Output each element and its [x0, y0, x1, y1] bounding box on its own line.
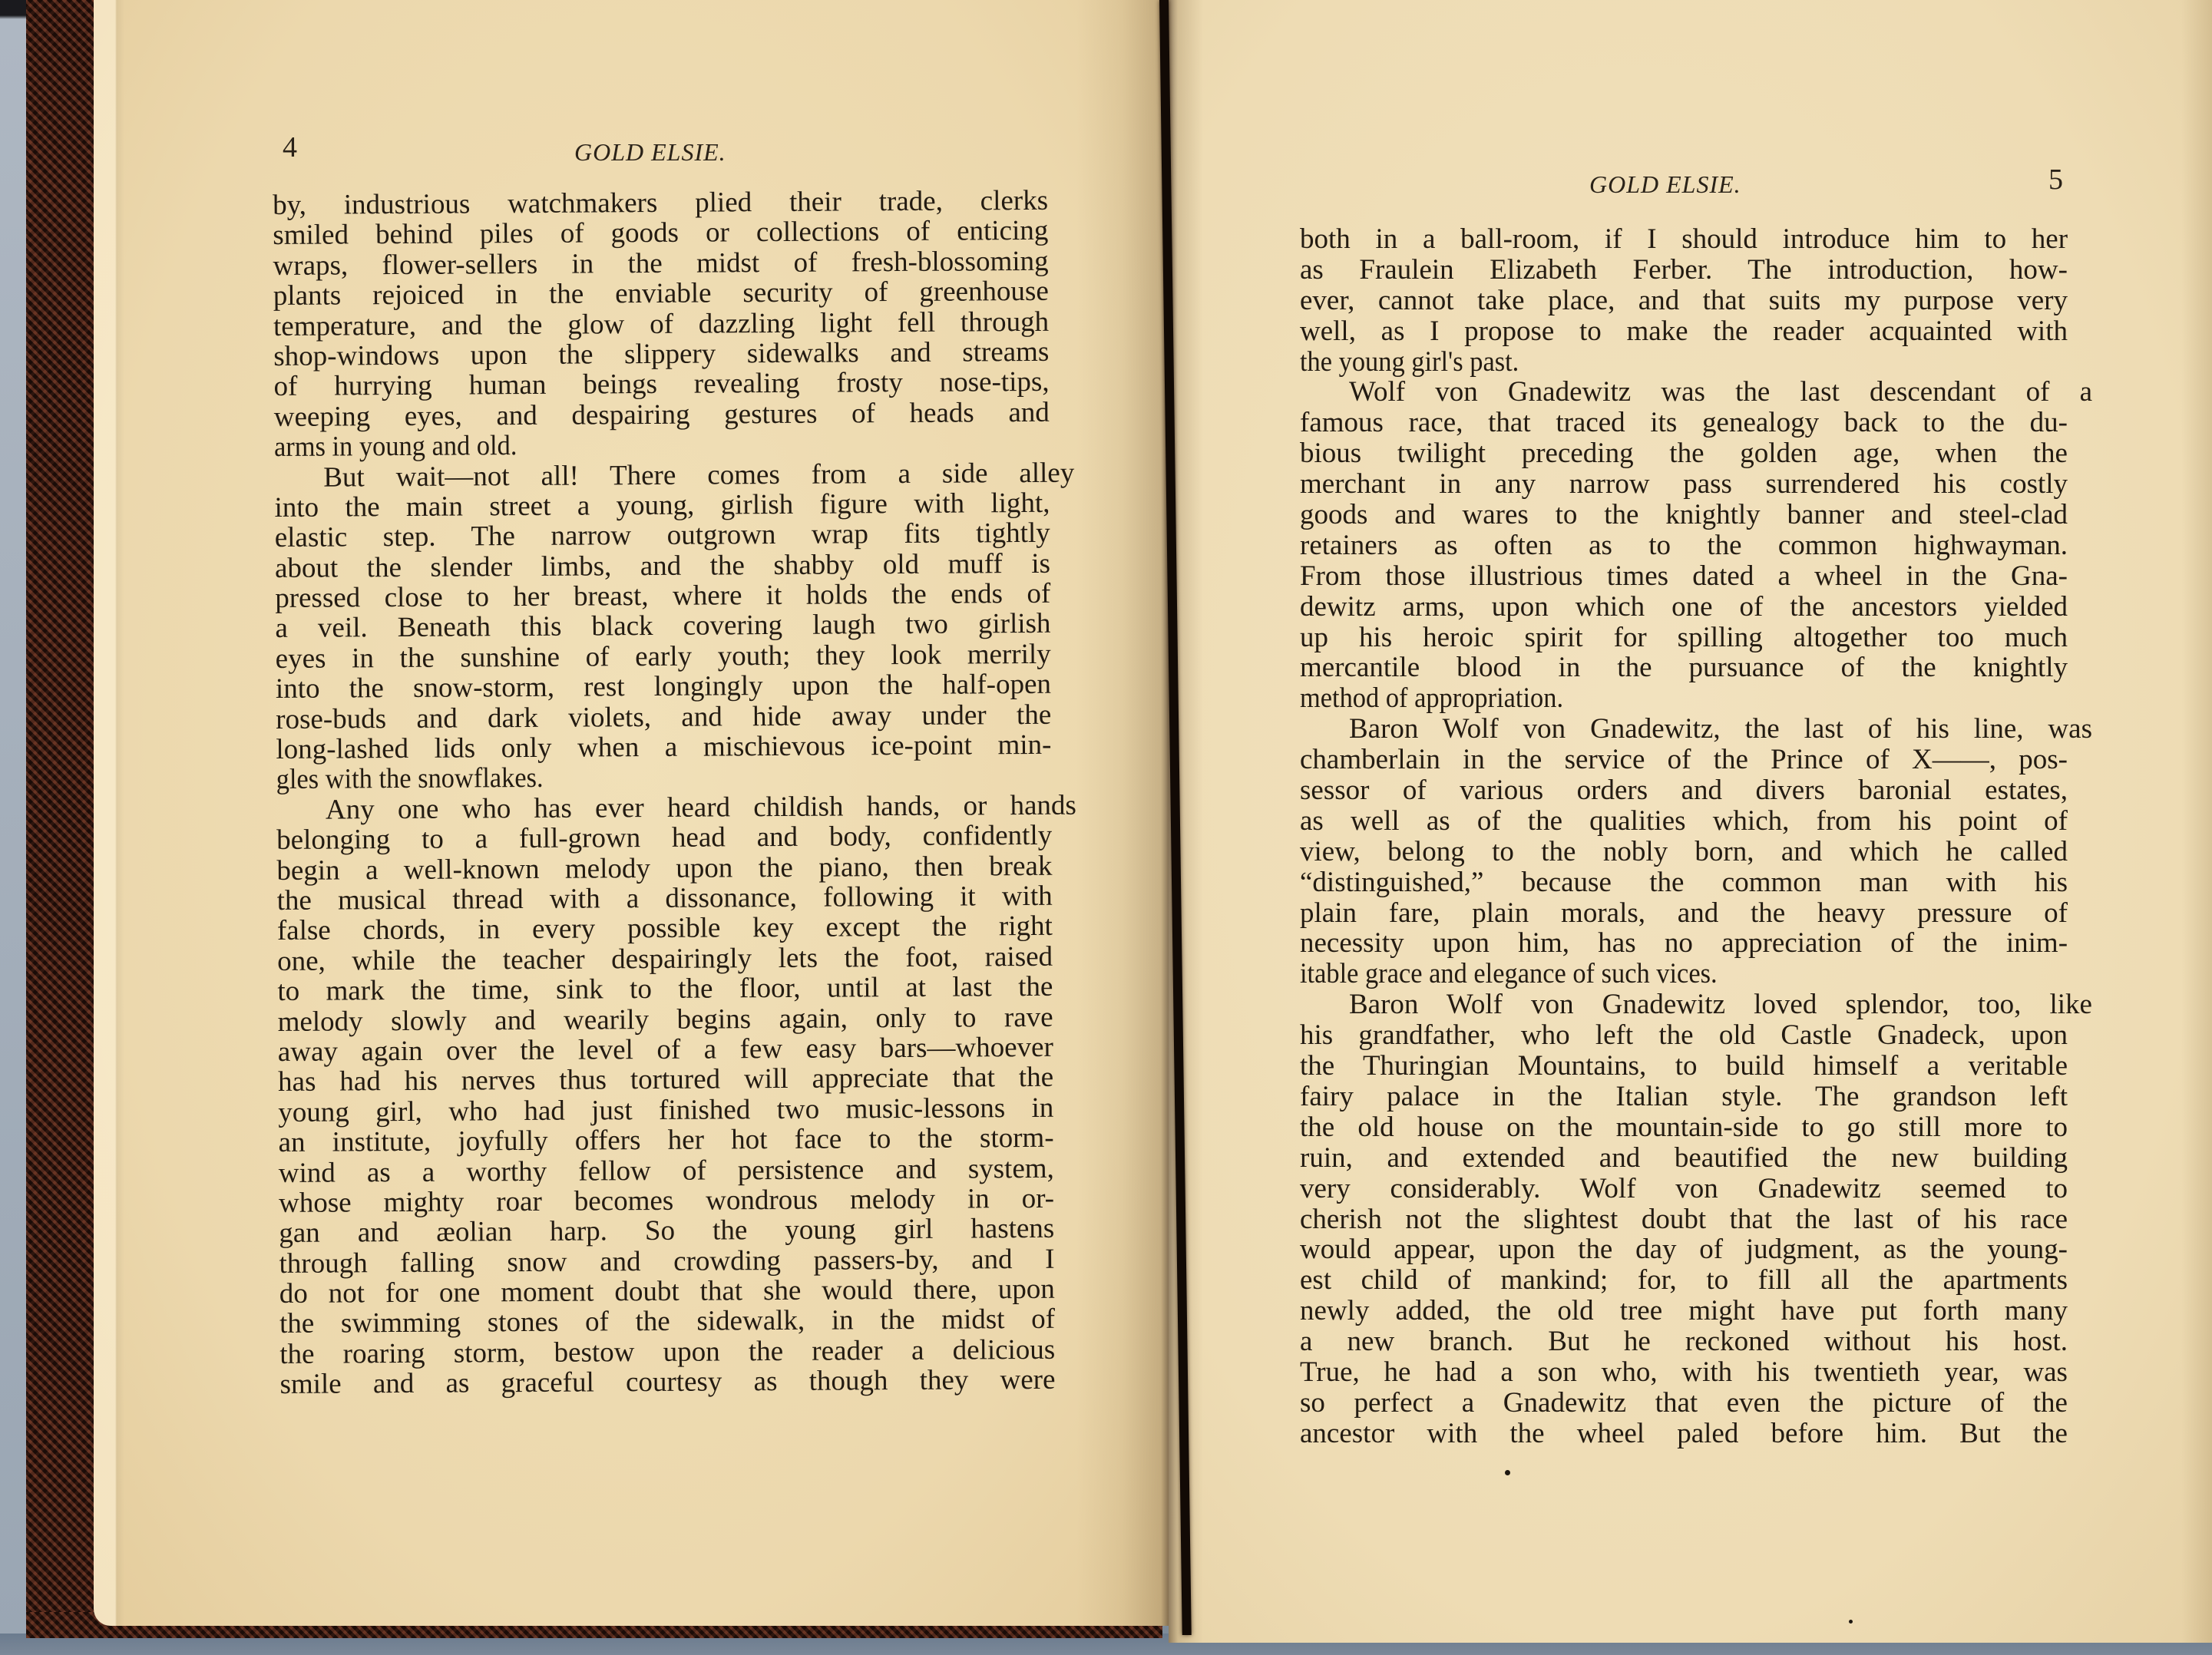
- text-line: ancestor with the wheel paled before him…: [1300, 1419, 2068, 1449]
- text-line: ruin, and extended and beautified the ne…: [1300, 1143, 2068, 1174]
- left-page-number: 4: [283, 130, 297, 164]
- paragraph: both in a ball-room, if I should introdu…: [1300, 224, 2068, 377]
- paragraph: Baron Wolf von Gnadewitz, the last of hi…: [1300, 714, 2068, 989]
- text-line: method of appropriation.: [1300, 683, 2068, 714]
- text-line: chamberlain in the service of the Prince…: [1300, 745, 2068, 775]
- text-line: long-lashed lids only when a mischievous…: [276, 730, 1051, 765]
- ink-speck: [1849, 1620, 1853, 1624]
- paragraph: Wolf von Gnadewitz was the last descenda…: [1300, 377, 2068, 714]
- text-line: view, belong to the nobly born, and whic…: [1300, 837, 2068, 867]
- text-line: plain fare, plain morals, and the heavy …: [1300, 898, 2068, 929]
- text-line: both in a ball-room, if I should introdu…: [1300, 224, 2068, 255]
- ink-speck: [1505, 1470, 1510, 1475]
- text-line: retainers as often as to the common high…: [1300, 530, 2068, 561]
- text-line: up his heroic spirit for spilling altoge…: [1300, 623, 2068, 653]
- text-line: “distinguished,” because the common man …: [1300, 867, 2068, 898]
- text-line: smile and as graceful courtesy as though…: [279, 1365, 1055, 1400]
- paragraph: by, industrious watchmakers plied their …: [273, 186, 1050, 463]
- text-line: would appear, upon the day of judgment, …: [1300, 1234, 2068, 1265]
- left-running-title: GOLD ELSIE.: [574, 138, 726, 167]
- text-line: the old house on the mountain-side to go…: [1300, 1112, 2068, 1143]
- text-line: True, he had a son who, with his twentie…: [1300, 1357, 2068, 1388]
- text-line: From those illustrious times dated a whe…: [1300, 561, 2068, 592]
- text-line: the Thuringian Mountains, to build himse…: [1300, 1051, 2068, 1082]
- text-line: necessity upon him, has no appreciation …: [1300, 928, 2068, 959]
- text-line: est child of mankind; for, to fill all t…: [1300, 1265, 2068, 1296]
- text-line: his grandfather, who left the old Castle…: [1300, 1020, 2068, 1051]
- left-page-body-text: by, industrious watchmakers plied their …: [273, 186, 1056, 1400]
- text-line: the young girl's past.: [1300, 347, 2068, 378]
- text-line: dewitz arms, upon which one of the ances…: [1300, 592, 2068, 623]
- text-line: Wolf von Gnadewitz was the last descenda…: [1300, 377, 2068, 408]
- text-line: itable grace and elegance of such vices.: [1300, 959, 2068, 989]
- cloth-binding-spine: [26, 0, 103, 1635]
- text-line: ever, cannot take place, and that suits …: [1300, 286, 2068, 316]
- paragraph: But wait—not all! There comes from a sid…: [274, 458, 1052, 794]
- right-page-body-text: both in a ball-room, if I should introdu…: [1300, 224, 2068, 1449]
- right-running-title: GOLD ELSIE.: [1589, 170, 1741, 199]
- text-line: merchant in any narrow pass surrendered …: [1300, 469, 2068, 500]
- text-line: famous race, that traced its genealogy b…: [1300, 408, 2068, 438]
- paragraph: Any one who has ever heard childish hand…: [276, 791, 1056, 1400]
- text-line: Baron Wolf von Gnadewitz loved splendor,…: [1300, 989, 2068, 1020]
- right-page-number: 5: [2048, 163, 2063, 197]
- text-line: a new branch. But he reckoned without hi…: [1300, 1326, 2068, 1357]
- text-line: weeping eyes, and despairing gestures of…: [274, 398, 1050, 433]
- text-line: Baron Wolf von Gnadewitz, the last of hi…: [1300, 714, 2068, 745]
- text-line: mercantile blood in the pursuance of the…: [1300, 652, 2068, 683]
- text-line: fairy palace in the Italian style. The g…: [1300, 1082, 2068, 1112]
- text-line: as well as of the qualities which, from …: [1300, 806, 2068, 837]
- text-line: goods and wares to the knightly banner a…: [1300, 500, 2068, 530]
- text-line: well, as I propose to make the reader ac…: [1300, 316, 2068, 347]
- text-line: bious twilight preceding the golden age,…: [1300, 438, 2068, 469]
- text-line: so perfect a Gnadewitz that even the pic…: [1300, 1388, 2068, 1419]
- text-line: cherish not the slightest doubt that the…: [1300, 1204, 2068, 1235]
- text-line: newly added, the old tree might have put…: [1300, 1296, 2068, 1326]
- paragraph: Baron Wolf von Gnadewitz loved splendor,…: [1300, 989, 2068, 1449]
- text-line: sessor of various orders and divers baro…: [1300, 775, 2068, 806]
- text-line: very considerably. Wolf von Gnadewitz se…: [1300, 1174, 2068, 1204]
- text-line: as Fraulein Elizabeth Ferber. The introd…: [1300, 255, 2068, 286]
